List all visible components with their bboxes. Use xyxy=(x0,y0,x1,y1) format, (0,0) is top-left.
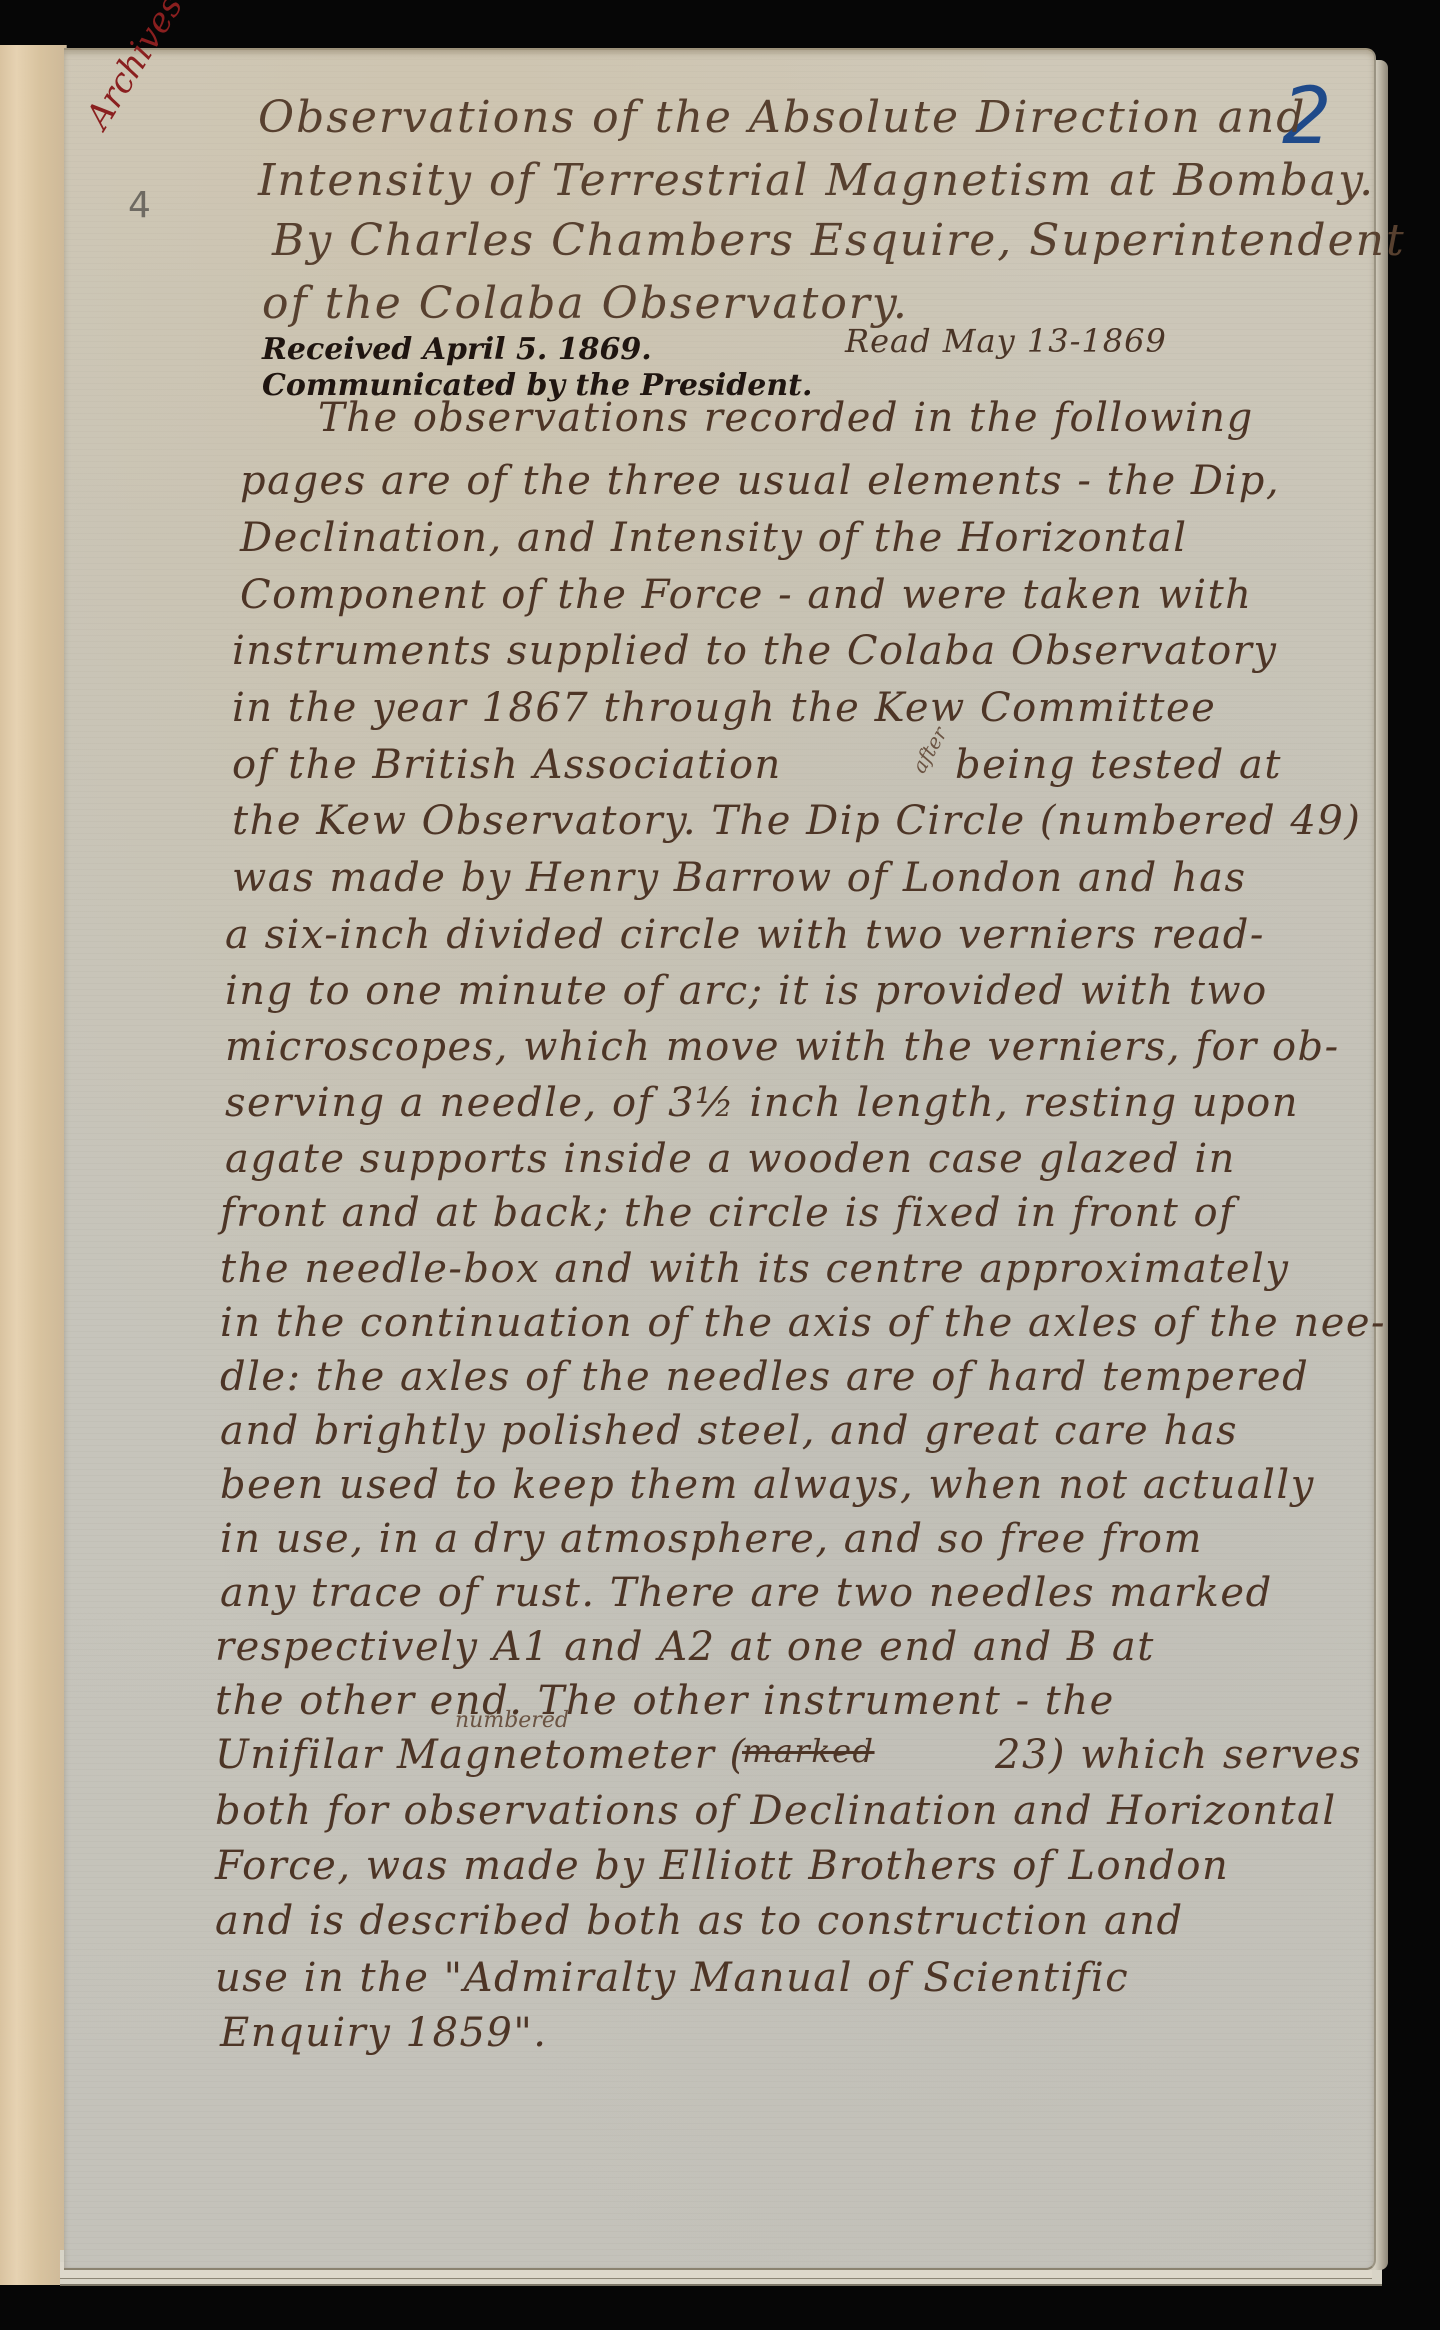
body-line-21: in use, in a dry atmosphere, and so free… xyxy=(220,1516,1203,1562)
body-line-7a: of the British Association xyxy=(232,742,782,788)
body-line-8: the Kew Observatory. The Dip Circle (num… xyxy=(232,798,1361,844)
body-line-11: ing to one minute of arc; it is provided… xyxy=(225,968,1268,1014)
body-line-28: and is described both as to construction… xyxy=(215,1898,1184,1944)
body-line-17: in the continuation of the axis of the a… xyxy=(220,1300,1386,1346)
body-line-20: been used to keep them always, when not … xyxy=(220,1462,1315,1508)
body-line-2: pages are of the three usual elements - … xyxy=(240,458,1280,504)
body-line-3: Declination, and Intensity of the Horizo… xyxy=(240,515,1188,561)
body-line-25a: Unifilar Magnetometer ( xyxy=(215,1732,747,1778)
body-line-1: The observations recorded in the followi… xyxy=(318,395,1254,441)
insertion-numbered: numbered xyxy=(455,1708,569,1733)
body-line-9: was made by Henry Barrow of London and h… xyxy=(232,855,1247,901)
struck-word: marked xyxy=(742,1732,875,1770)
body-line-26: both for observations of Declination and… xyxy=(215,1788,1337,1834)
body-line-15: front and at back; the circle is fixed i… xyxy=(220,1190,1235,1236)
title-line-3: By Charles Chambers Esquire, Superintend… xyxy=(272,215,1406,266)
binding-strip xyxy=(0,45,67,2285)
body-line-4: Component of the Force - and were taken … xyxy=(240,572,1252,618)
title-line-2: Intensity of Terrestrial Magnetism at Bo… xyxy=(258,155,1375,206)
body-line-10: a six-inch divided circle with two verni… xyxy=(225,912,1265,958)
received-date: Received April 5. 1869. xyxy=(262,332,652,367)
body-line-18: dle: the axles of the needles are of har… xyxy=(220,1354,1309,1400)
read-date: Read May 13-1869 xyxy=(845,322,1167,360)
body-line-5: instruments supplied to the Colaba Obser… xyxy=(232,628,1277,674)
body-line-12: microscopes, which move with the vernier… xyxy=(225,1024,1340,1070)
body-line-30: Enquiry 1859". xyxy=(220,2010,547,2056)
title-line-1: Observations of the Absolute Direction a… xyxy=(258,92,1306,143)
pencil-mark: 4 xyxy=(128,185,151,226)
manuscript-scan: Archives 4 2 Observations of the Absolut… xyxy=(0,0,1440,2330)
body-line-19: and brightly polished steel, and great c… xyxy=(220,1408,1238,1454)
body-line-13: serving a needle, of 3½ inch length, res… xyxy=(225,1080,1299,1126)
body-line-27: Force, was made by Elliott Brothers of L… xyxy=(215,1843,1229,1889)
body-line-24: the other end. The other instrument - th… xyxy=(215,1678,1115,1724)
body-line-16: the needle-box and with its centre appro… xyxy=(220,1246,1289,1292)
body-line-22: any trace of rust. There are two needles… xyxy=(220,1570,1273,1616)
body-line-29: use in the "Admiralty Manual of Scientif… xyxy=(215,1955,1129,2001)
body-line-7b: being tested at xyxy=(955,742,1282,788)
body-line-14: agate supports inside a wooden case glaz… xyxy=(225,1136,1236,1182)
body-line-25b: 23) which serves xyxy=(995,1732,1362,1778)
body-line-23: respectively A1 and A2 at one end and B … xyxy=(215,1624,1155,1670)
body-line-6: in the year 1867 through the Kew Committ… xyxy=(232,685,1216,731)
title-line-4: of the Colaba Observatory. xyxy=(262,278,909,329)
